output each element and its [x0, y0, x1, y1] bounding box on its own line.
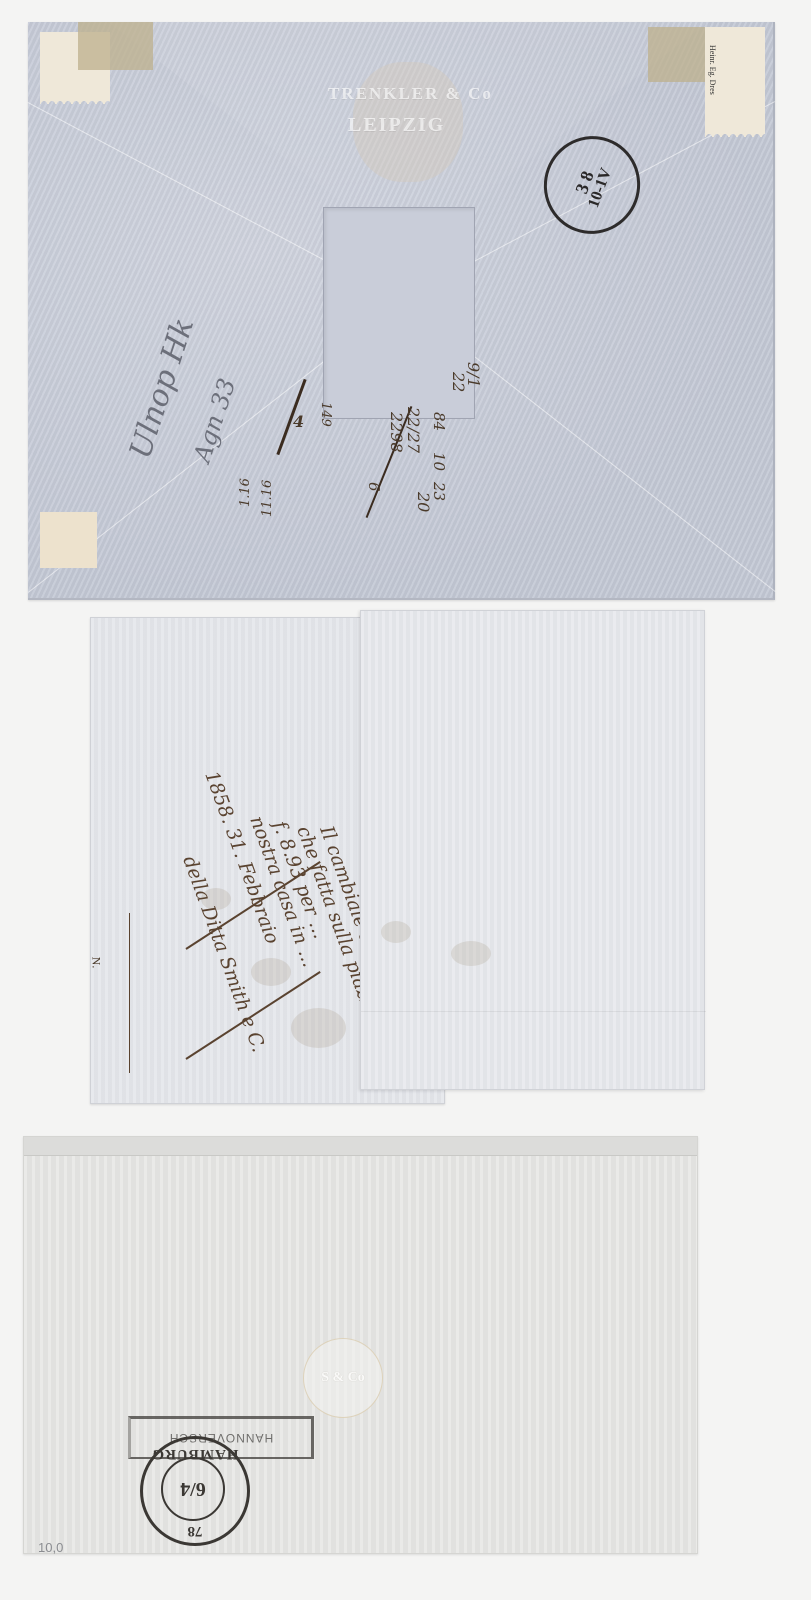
- foxing-stain: [291, 1008, 346, 1048]
- seal-line2: LEIPZIG: [348, 114, 445, 137]
- folded-letter-cover-panel: [360, 610, 705, 1090]
- pencil-price-note: 10,0: [38, 1540, 63, 1555]
- label-stub-right: Heinr. Eg. Dres: [705, 27, 765, 137]
- flap-fold-line: [444, 333, 776, 592]
- blue-envelope-back: Heinr. Eg. Dres TRENKLER & Co LEIPZIG 3 …: [28, 22, 775, 600]
- postmark-year: 78: [143, 1522, 247, 1539]
- underline-stroke: [129, 913, 130, 1073]
- ink-note: 1.16: [238, 478, 253, 507]
- ink-note: 22: [449, 372, 468, 392]
- foxing-stain: [451, 941, 491, 966]
- seal-line1: TRENKLER & Co: [328, 84, 493, 104]
- embossed-seal-grey: S & Co: [303, 1338, 383, 1418]
- ink-note: 2298: [387, 412, 406, 453]
- foxing-stain: [251, 958, 291, 986]
- label-line2: Dres: [708, 80, 717, 95]
- ink-note: 149: [318, 402, 333, 427]
- ink-note: 4: [293, 412, 304, 431]
- ink-note: 6: [365, 482, 383, 492]
- ink-note: 20: [414, 492, 433, 512]
- ink-note: 10: [430, 452, 448, 471]
- foxing-stain: [381, 921, 411, 943]
- ink-note: 11.16: [260, 480, 275, 517]
- postmark-city: HAMBURG: [143, 1445, 247, 1462]
- hamburg-postmark: 78 6/4 HAMBURG: [140, 1436, 250, 1546]
- seal-text: S & Co: [321, 1370, 365, 1386]
- hinge-tape: [78, 22, 153, 70]
- fold-crease: [361, 1011, 706, 1012]
- ink-note: 84: [430, 412, 448, 431]
- hinge-tape: [648, 27, 713, 82]
- pencil-note: Agn 33: [188, 375, 241, 466]
- top-fold-strip: [24, 1137, 697, 1156]
- marginal-mark: N.: [88, 957, 103, 969]
- label-line1: Heinr. Eg.: [708, 45, 717, 78]
- ink-note: 22/27: [404, 407, 423, 453]
- pencil-note: Ulnop Hk: [123, 314, 201, 463]
- stamp-stub-bottom-left: [40, 512, 97, 568]
- postmark-date: 6/4: [161, 1457, 225, 1521]
